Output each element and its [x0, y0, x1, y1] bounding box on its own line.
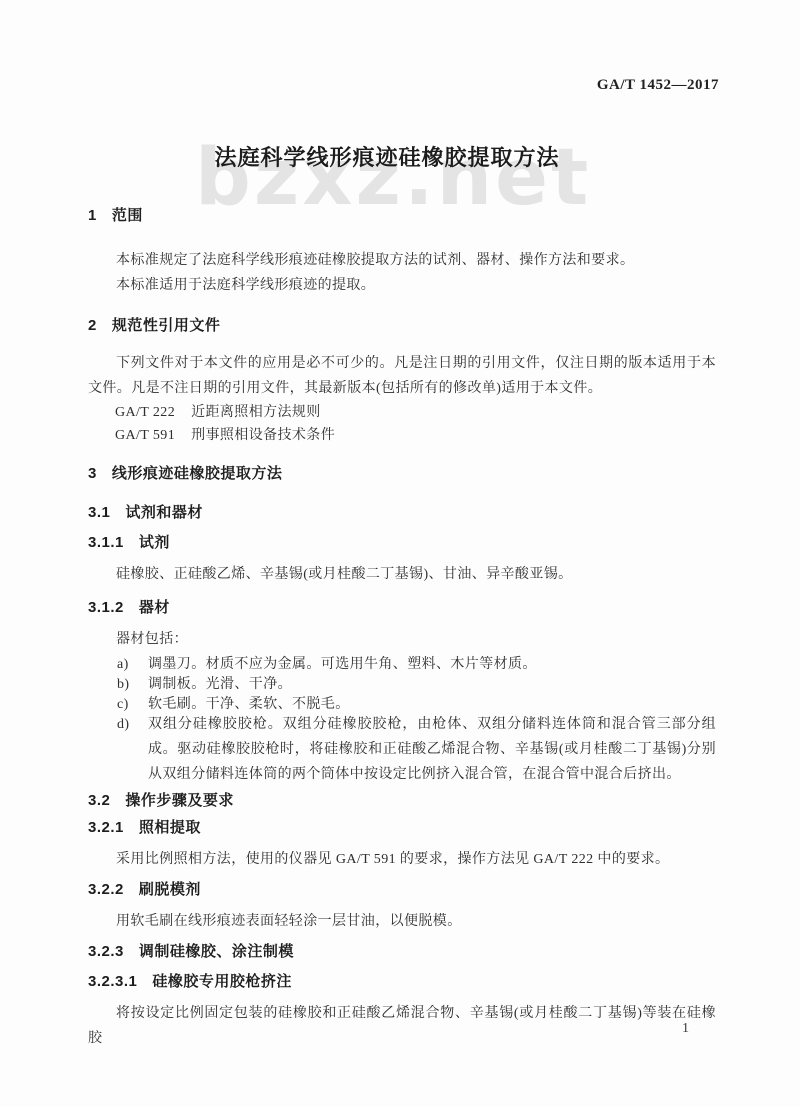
reference-title: 近距离照相方法规则: [191, 405, 321, 420]
section-heading-3.1: 3.1试剂和器材: [88, 502, 716, 523]
section-title: 规范性引用文件: [112, 317, 221, 334]
section-heading-1: 1范围: [88, 205, 716, 226]
section-number: 3.1.1: [88, 534, 124, 551]
section-title: 照相提取: [139, 819, 201, 836]
document-body: 1范围本标准规定了法庭科学线形痕迹硅橡胶提取方法的试剂、器材、操作方法和要求。本…: [88, 205, 716, 1051]
paragraph: 下列文件对于本文件的应用是必不可少的。凡是注日期的引用文件，仅注日期的版本适用于…: [88, 351, 716, 401]
paragraph: 采用比例照相方法，使用的仪器见 GA/T 591 的要求，操作方法见 GA/T …: [88, 847, 716, 872]
document-page: GA/T 1452—2017 bzxz.net 法庭科学线形痕迹硅橡胶提取方法 …: [0, 0, 800, 1107]
reference-code: GA/T 222: [115, 405, 175, 420]
section-number: 3.1.2: [88, 599, 124, 616]
paragraph: 用软毛刷在线形痕迹表面轻轻涂一层甘油，以便脱模。: [88, 909, 716, 934]
section-heading-3.2.2: 3.2.2刷脱模剂: [88, 879, 716, 900]
section-title: 范围: [112, 207, 143, 224]
paragraph: 硅橡胶、正硅酸乙烯、辛基锡(或月桂酸二丁基锡)、甘油、异辛酸亚锡。: [88, 562, 716, 587]
section-title: 操作步骤及要求: [125, 792, 234, 809]
section-heading-3.2: 3.2操作步骤及要求: [88, 790, 716, 811]
paragraph: 本标准规定了法庭科学线形痕迹硅橡胶提取方法的试剂、器材、操作方法和要求。: [88, 248, 716, 273]
normative-reference: GA/T 222近距离照相方法规则: [88, 401, 716, 424]
list-item-d: d)双组分硅橡胶胶枪。双组分硅橡胶胶枪，由枪体、双组分储料连体筒和混合管三部分组…: [88, 712, 716, 787]
paragraph: 将按设定比例固定包装的硅橡胶和正硅酸乙烯混合物、辛基锡(或月桂酸二丁基锡)等装在…: [88, 1001, 716, 1051]
section-title: 刷脱模剂: [139, 881, 201, 898]
reference-title: 刑事照相设备技术条件: [191, 428, 335, 443]
section-number: 3.2: [88, 792, 110, 809]
section-heading-3.1.2: 3.1.2器材: [88, 597, 716, 618]
section-title: 线形痕迹硅橡胶提取方法: [112, 465, 283, 482]
section-number: 3.2.3.1: [88, 973, 137, 990]
section-heading-3.1.1: 3.1.1试剂: [88, 532, 716, 553]
section-number: 1: [88, 207, 97, 224]
paragraph: 本标准适用于法庭科学线形痕迹的提取。: [88, 273, 716, 298]
section-title: 试剂: [139, 534, 170, 551]
section-heading-3.2.3.1: 3.2.3.1硅橡胶专用胶枪挤注: [88, 971, 716, 992]
section-heading-2: 2规范性引用文件: [88, 315, 716, 336]
list-item-text: 双组分硅橡胶胶枪。双组分硅橡胶胶枪，由枪体、双组分储料连体筒和混合管三部分组成。…: [148, 712, 716, 787]
section-heading-3.2.3: 3.2.3调制硅橡胶、涂注制模: [88, 941, 716, 962]
document-title: 法庭科学线形痕迹硅橡胶提取方法: [0, 141, 800, 172]
reference-code: GA/T 591: [115, 428, 175, 443]
section-heading-3: 3线形痕迹硅橡胶提取方法: [88, 463, 716, 484]
paragraph: 器材包括：: [88, 627, 716, 652]
standard-number: GA/T 1452—2017: [597, 77, 719, 94]
section-heading-3.2.1: 3.2.1照相提取: [88, 817, 716, 838]
section-title: 硅橡胶专用胶枪挤注: [152, 973, 292, 990]
section-number: 3.2.1: [88, 819, 124, 836]
section-number: 3.2.3: [88, 943, 124, 960]
section-number: 3: [88, 465, 97, 482]
list-marker: d): [117, 712, 148, 787]
section-number: 3.2.2: [88, 881, 124, 898]
normative-reference: GA/T 591刑事照相设备技术条件: [88, 424, 716, 447]
section-number: 3.1: [88, 504, 110, 521]
section-title: 器材: [139, 599, 170, 616]
section-title: 试剂和器材: [125, 504, 203, 521]
section-number: 2: [88, 317, 97, 334]
section-title: 调制硅橡胶、涂注制模: [139, 943, 294, 960]
